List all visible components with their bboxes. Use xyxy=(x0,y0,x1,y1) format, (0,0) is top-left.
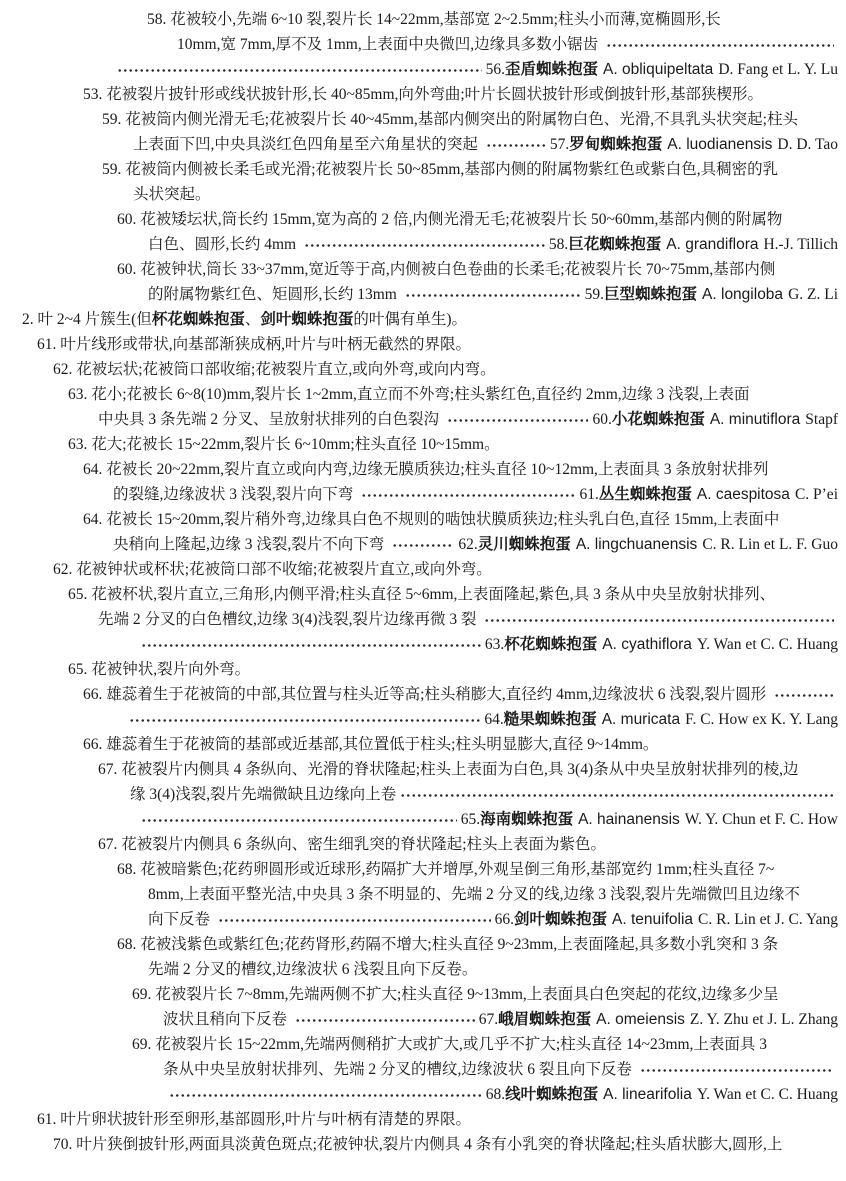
key-line: 65. 花被杯状,裂片直立,三角形,内侧平滑;柱头直径 5~6mm,上表面隆起,… xyxy=(0,582,838,607)
key-line: 66. 雄蕊着生于花被筒的中部,其位置与柱头近等高;柱头稍膨大,直径约 4mm,… xyxy=(0,682,838,707)
key-line: 的附属物紫红色、矩圆形,长约 13mm 59.巨型蜘蛛抱蛋A. longilob… xyxy=(0,282,838,307)
key-line: 波状且稍向下反卷 67.峨眉蜘蛛抱蛋A. omeiensisZ. Y. Zhu … xyxy=(0,1007,838,1032)
dotted-leader xyxy=(405,282,581,307)
species-name-cn: 小花蜘蛛抱蛋 xyxy=(612,411,705,428)
species-entry: 68.线叶蜘蛛抱蛋A. linearifoliaY. Wan et C. C. … xyxy=(486,1082,838,1107)
key-text: 61. 叶片卵状披针形至卵形,基部圆形,叶片与叶柄有清楚的界限。 xyxy=(37,1107,471,1132)
species-name-latin: A. longiloba xyxy=(702,286,783,303)
species-name-cn: 剑叶蜘蛛抱蛋 xyxy=(514,911,607,928)
key-text: 波状且稍向下反卷 xyxy=(163,1007,291,1032)
key-line: 69. 花被裂片长 15~22mm,先端两侧稍扩大或扩大,或几乎不扩大;柱头直径… xyxy=(0,1032,838,1057)
key-line: 56.歪盾蜘蛛抱蛋A. obliquipeltataD. Fang et L. … xyxy=(0,57,838,82)
key-line: 先端 2 分叉的白色槽纹,边缘 3(4)浅裂,裂片边缘再微 3 裂 xyxy=(0,607,838,632)
species-name-cn: 峨眉蜘蛛抱蛋 xyxy=(498,1011,591,1028)
species-name-cn: 歪盾蜘蛛抱蛋 xyxy=(505,61,598,78)
key-text: 68. 花被暗紫色;花药卵圆形或近球形,药隔扩大并增厚,外观呈倒三角形,基部宽约… xyxy=(117,857,774,882)
species-name-latin: A. luodianensis xyxy=(667,136,772,153)
key-text: 53. 花被裂片披针形或线状披针形,长 40~85mm,向外弯曲;叶片长圆状披针… xyxy=(83,82,763,107)
key-line: 68. 花被暗紫色;花药卵圆形或近球形,药隔扩大并增厚,外观呈倒三角形,基部宽约… xyxy=(0,857,838,882)
key-line: 64. 花被长 15~20mm,裂片稍外弯,边缘具白色不规则的啮蚀状膜质狭边;柱… xyxy=(0,507,838,532)
dotted-leader xyxy=(392,532,454,557)
species-number: 63. xyxy=(485,636,504,653)
key-line: 70. 叶片狭倒披针形,两面具淡黄色斑点;花被钟状,裂片内侧具 4 条有小乳突的… xyxy=(0,1132,838,1157)
dotted-leader xyxy=(486,132,546,157)
dotted-leader xyxy=(218,907,491,932)
species-entry: 59.巨型蜘蛛抱蛋A. longilobaG. Z. Li xyxy=(585,282,838,307)
key-text: 、 xyxy=(245,307,261,332)
species-number: 65. xyxy=(461,811,480,828)
species-entry: 63.杯花蜘蛛抱蛋A. cyathifloraY. Wan et C. C. H… xyxy=(485,632,838,657)
key-text: 58. 花被较小,先端 6~10 裂,裂片长 14~22mm,基部宽 2~2.5… xyxy=(147,7,721,32)
key-text: 65. 花被杯状,裂片直立,三角形,内侧平滑;柱头直径 5~6mm,上表面隆起,… xyxy=(68,582,775,607)
key-line: 条从中央呈放射状排列、先端 2 分叉的槽纹,边缘波状 6 裂且向下反卷 xyxy=(0,1057,838,1082)
dotted-leader xyxy=(361,482,575,507)
key-text: 63. 花小;花被长 6~8(10)mm,裂片长 1~2mm,直立而不外弯;柱头… xyxy=(68,382,750,407)
key-text: 央稍向上隆起,边缘 3 浅裂,裂片不向下弯 xyxy=(113,532,388,557)
key-text: 缘 3(4)浅裂,裂片先端微缺且边缘向上卷 xyxy=(130,782,396,807)
species-entry: 58.巨花蜘蛛抱蛋A. grandifloraH.-J. Tillich xyxy=(549,232,838,257)
key-text: 白色、圆形,长约 4mm xyxy=(148,232,300,257)
species-name-cn: 巨型蜘蛛抱蛋 xyxy=(604,286,697,303)
key-text: 先端 2 分叉的槽纹,边缘波状 6 浅裂且向下反卷。 xyxy=(148,957,477,982)
species-name-inline-bold: 剑叶蜘蛛抱蛋 xyxy=(260,307,353,332)
species-authors: Y. Wan et C. C. Huang xyxy=(697,636,838,653)
species-name-cn: 巨花蜘蛛抱蛋 xyxy=(568,236,661,253)
species-entry: 64.糙果蜘蛛抱蛋A. muricataF. C. How ex K. Y. L… xyxy=(484,707,838,732)
species-name-latin: A. tenuifolia xyxy=(612,911,693,928)
key-line: 头状突起。 xyxy=(0,182,838,207)
key-text: 66. 雄蕊着生于花被筒的中部,其位置与柱头近等高;柱头稍膨大,直径约 4mm,… xyxy=(83,682,770,707)
species-authors: C. P’ei xyxy=(795,486,838,503)
key-line: 61. 叶片线形或带状,向基部渐狭成柄,叶片与叶柄无截然的界限。 xyxy=(0,332,838,357)
key-text: 先端 2 分叉的白色槽纹,边缘 3(4)浅裂,裂片边缘再微 3 裂 xyxy=(98,607,480,632)
species-name-cn: 丛生蜘蛛抱蛋 xyxy=(599,486,692,503)
key-text: 59. 花被筒内侧光滑无毛;花被裂片长 40~45mm,基部内侧突出的附属物白色… xyxy=(102,107,798,132)
key-line: 中央具 3 条先端 2 分叉、呈放射状排列的白色裂沟 60.小花蜘蛛抱蛋A. m… xyxy=(0,407,838,432)
key-text: 68. 花被浅紫色或紫红色;花药肾形,药隔不增大;柱头直径 9~23mm,上表面… xyxy=(117,932,778,957)
species-number: 56. xyxy=(486,61,505,78)
dotted-leader xyxy=(169,1082,482,1107)
dotted-leader xyxy=(295,1007,475,1032)
key-line: 先端 2 分叉的槽纹,边缘波状 6 浅裂且向下反卷。 xyxy=(0,957,838,982)
species-name-latin: A. grandiflora xyxy=(666,236,758,253)
species-entry: 67.峨眉蜘蛛抱蛋A. omeiensisZ. Y. Zhu et J. L. … xyxy=(479,1007,838,1032)
species-entry: 61.丛生蜘蛛抱蛋A. caespitosaC. P’ei xyxy=(579,482,838,507)
key-line: 68.线叶蜘蛛抱蛋A. linearifoliaY. Wan et C. C. … xyxy=(0,1082,838,1107)
key-line: 65. 花被钟状,裂片向外弯。 xyxy=(0,657,838,682)
dotted-leader xyxy=(129,707,480,732)
key-line: 61. 叶片卵状披针形至卵形,基部圆形,叶片与叶柄有清楚的界限。 xyxy=(0,1107,838,1132)
key-text: 62. 花被钟状或杯状;花被筒口部不收缩;花被裂片直立,或向外弯。 xyxy=(53,557,492,582)
species-name-latin: A. minutiflora xyxy=(710,411,800,428)
key-line: 64.糙果蜘蛛抱蛋A. muricataF. C. How ex K. Y. L… xyxy=(0,707,838,732)
key-line: 69. 花被裂片长 7~8mm,先端两侧不扩大;柱头直径 9~13mm,上表面具… xyxy=(0,982,838,1007)
dotted-leader xyxy=(141,632,481,657)
key-text: 63. 花大;花被长 15~22mm,裂片长 6~10mm;柱头直径 10~15… xyxy=(68,432,500,457)
key-line: 67. 花被裂片内侧具 6 条纵向、密生细乳突的脊状隆起;柱头上表面为紫色。 xyxy=(0,832,838,857)
species-name-cn: 杯花蜘蛛抱蛋 xyxy=(504,636,597,653)
species-authors: C. R. Lin et L. F. Guo xyxy=(702,536,838,553)
species-name-cn: 糙果蜘蛛抱蛋 xyxy=(504,711,597,728)
species-authors: D. Fang et L. Y. Lu xyxy=(718,61,838,78)
key-text: 59. 花被筒内侧被长柔毛或光滑;花被裂片长 50~85mm,基部内侧的附属物紫… xyxy=(102,157,778,182)
species-number: 58. xyxy=(549,236,568,253)
species-number: 61. xyxy=(579,486,598,503)
dotted-leader xyxy=(304,232,545,257)
key-text: 上表面下凹,中央具淡红色四角星至六角星状的突起 xyxy=(133,132,482,157)
key-line: 向下反卷 66.剑叶蜘蛛抱蛋A. tenuifoliaC. R. Lin et … xyxy=(0,907,838,932)
species-name-cn: 罗甸蜘蛛抱蛋 xyxy=(569,136,662,153)
key-line: 65.海南蜘蛛抱蛋A. hainanensisW. Y. Chun et F. … xyxy=(0,807,838,832)
species-name-latin: A. lingchuanensis xyxy=(576,536,698,553)
key-text: 67. 花被裂片内侧具 4 条纵向、光滑的脊状隆起;柱头上表面为白色,具 3(4… xyxy=(98,757,799,782)
species-name-cn: 海南蜘蛛抱蛋 xyxy=(480,811,573,828)
key-text: 2. 叶 2~4 片簇生(但 xyxy=(22,307,152,332)
key-text: 69. 花被裂片长 15~22mm,先端两侧稍扩大或扩大,或几乎不扩大;柱头直径… xyxy=(132,1032,767,1057)
species-name-latin: A. omeiensis xyxy=(596,1011,685,1028)
key-line: 央稍向上隆起,边缘 3 浅裂,裂片不向下弯 62.灵川蜘蛛抱蛋A. lingch… xyxy=(0,532,838,557)
key-text: 的附属物紫红色、矩圆形,长约 13mm xyxy=(148,282,401,307)
key-line: 63.杯花蜘蛛抱蛋A. cyathifloraY. Wan et C. C. H… xyxy=(0,632,838,657)
species-authors: H.-J. Tillich xyxy=(763,236,838,253)
species-name-latin: A. hainanensis xyxy=(578,811,680,828)
species-name-latin: A. linearifolia xyxy=(603,1086,692,1103)
key-text: 中央具 3 条先端 2 分叉、呈放射状排列的白色裂沟 xyxy=(98,407,443,432)
species-authors: G. Z. Li xyxy=(788,286,838,303)
key-text: 64. 花被长 20~22mm,裂片直立或向内弯,边缘无膜质狭边;柱头直径 10… xyxy=(83,457,768,482)
dotted-leader xyxy=(141,807,457,832)
species-number: 68. xyxy=(486,1086,505,1103)
species-entry: 56.歪盾蜘蛛抱蛋A. obliquipeltataD. Fang et L. … xyxy=(486,57,838,82)
species-number: 66. xyxy=(495,911,514,928)
key-text: 69. 花被裂片长 7~8mm,先端两侧不扩大;柱头直径 9~13mm,上表面具… xyxy=(132,982,779,1007)
key-line: 60. 花被钟状,筒长 33~37mm,宽近等于高,内侧被白色卷曲的长柔毛;花被… xyxy=(0,257,838,282)
species-number: 60. xyxy=(592,411,611,428)
species-number: 57. xyxy=(550,136,569,153)
key-text: 60. 花被矮坛状,筒长约 15mm,宽为高的 2 倍,内侧光滑无毛;花被裂片长… xyxy=(117,207,782,232)
key-line: 62. 花被钟状或杯状;花被筒口部不收缩;花被裂片直立,或向外弯。 xyxy=(0,557,838,582)
key-line: 上表面下凹,中央具淡红色四角星至六角星状的突起 57.罗甸蜘蛛抱蛋A. luod… xyxy=(0,132,838,157)
key-text: 64. 花被长 15~20mm,裂片稍外弯,边缘具白色不规则的啮蚀状膜质狭边;柱… xyxy=(83,507,779,532)
dotted-leader xyxy=(117,57,482,82)
key-line: 66. 雄蕊着生于花被筒的基部或近基部,其位置低于柱头;柱头明显膨大,直径 9~… xyxy=(0,732,838,757)
flora-key-page: 58. 花被较小,先端 6~10 裂,裂片长 14~22mm,基部宽 2~2.5… xyxy=(0,0,846,1181)
species-name-inline-bold: 杯花蜘蛛抱蛋 xyxy=(152,307,245,332)
species-authors: Z. Y. Zhu et J. L. Zhang xyxy=(690,1011,838,1028)
key-line: 59. 花被筒内侧光滑无毛;花被裂片长 40~45mm,基部内侧突出的附属物白色… xyxy=(0,107,838,132)
key-text: 61. 叶片线形或带状,向基部渐狭成柄,叶片与叶柄无截然的界限。 xyxy=(37,332,471,357)
key-text: 8mm,上表面平整光洁,中央具 3 条不明显的、先端 2 分叉的线,边缘 3 浅… xyxy=(148,882,800,907)
species-name-cn: 线叶蜘蛛抱蛋 xyxy=(505,1086,598,1103)
key-text: 向下反卷 xyxy=(148,907,214,932)
species-number: 62. xyxy=(458,536,477,553)
species-name-latin: A. cyathiflora xyxy=(602,636,692,653)
species-name-latin: A. caespitosa xyxy=(697,486,790,503)
species-authors: W. Y. Chun et F. C. How xyxy=(685,811,838,828)
species-number: 67. xyxy=(479,1011,498,1028)
key-text: 65. 花被钟状,裂片向外弯。 xyxy=(68,657,250,682)
dotted-leader xyxy=(400,782,834,807)
key-line: 8mm,上表面平整光洁,中央具 3 条不明显的、先端 2 分叉的线,边缘 3 浅… xyxy=(0,882,838,907)
key-line: 63. 花小;花被长 6~8(10)mm,裂片长 1~2mm,直立而不外弯;柱头… xyxy=(0,382,838,407)
key-line: 60. 花被矮坛状,筒长约 15mm,宽为高的 2 倍,内侧光滑无毛;花被裂片长… xyxy=(0,207,838,232)
key-text: 条从中央呈放射状排列、先端 2 分叉的槽纹,边缘波状 6 裂且向下反卷 xyxy=(163,1057,636,1082)
key-line: 2. 叶 2~4 片簇生(但杯花蜘蛛抱蛋、剑叶蜘蛛抱蛋的叶偶有单生)。 xyxy=(0,307,838,332)
key-text: 头状突起。 xyxy=(133,182,211,207)
key-text: 10mm,宽 7mm,厚不及 1mm,上表面中央微凹,边缘具多数小锯齿 xyxy=(177,32,602,57)
dotted-leader xyxy=(774,682,834,707)
key-line: 68. 花被浅紫色或紫红色;花药肾形,药隔不增大;柱头直径 9~23mm,上表面… xyxy=(0,932,838,957)
key-line: 10mm,宽 7mm,厚不及 1mm,上表面中央微凹,边缘具多数小锯齿 xyxy=(0,32,838,57)
key-line: 64. 花被长 20~22mm,裂片直立或向内弯,边缘无膜质狭边;柱头直径 10… xyxy=(0,457,838,482)
key-line: 59. 花被筒内侧被长柔毛或光滑;花被裂片长 50~85mm,基部内侧的附属物紫… xyxy=(0,157,838,182)
species-authors: C. R. Lin et J. C. Yang xyxy=(698,911,838,928)
species-number: 64. xyxy=(484,711,503,728)
key-line: 的裂缝,边缘波状 3 浅裂,裂片向下弯 61.丛生蜘蛛抱蛋A. caespito… xyxy=(0,482,838,507)
species-name-cn: 灵川蜘蛛抱蛋 xyxy=(478,536,571,553)
dotted-leader xyxy=(640,1057,834,1082)
key-text: 67. 花被裂片内侧具 6 条纵向、密生细乳突的脊状隆起;柱头上表面为紫色。 xyxy=(98,832,606,857)
species-entry: 66.剑叶蜘蛛抱蛋A. tenuifoliaC. R. Lin et J. C.… xyxy=(495,907,838,932)
key-line: 67. 花被裂片内侧具 4 条纵向、光滑的脊状隆起;柱头上表面为白色,具 3(4… xyxy=(0,757,838,782)
species-entry: 62.灵川蜘蛛抱蛋A. lingchuanensisC. R. Lin et L… xyxy=(458,532,838,557)
key-line: 缘 3(4)浅裂,裂片先端微缺且边缘向上卷 xyxy=(0,782,838,807)
species-entry: 60.小花蜘蛛抱蛋A. minutifloraStapf xyxy=(592,407,838,432)
key-text: 70. 叶片狭倒披针形,两面具淡黄色斑点;花被钟状,裂片内侧具 4 条有小乳突的… xyxy=(53,1132,782,1157)
dotted-leader xyxy=(484,607,834,632)
key-text: 66. 雄蕊着生于花被筒的基部或近基部,其位置低于柱头;柱头明显膨大,直径 9~… xyxy=(83,732,658,757)
key-line: 63. 花大;花被长 15~22mm,裂片长 6~10mm;柱头直径 10~15… xyxy=(0,432,838,457)
species-name-latin: A. muricata xyxy=(602,711,680,728)
dotted-leader xyxy=(606,32,834,57)
species-number: 59. xyxy=(585,286,604,303)
species-name-latin: A. obliquipeltata xyxy=(603,61,713,78)
species-entry: 57.罗甸蜘蛛抱蛋A. luodianensisD. D. Tao xyxy=(550,132,838,157)
species-entry: 65.海南蜘蛛抱蛋A. hainanensisW. Y. Chun et F. … xyxy=(461,807,838,832)
key-text: 的裂缝,边缘波状 3 浅裂,裂片向下弯 xyxy=(113,482,357,507)
key-line: 58. 花被较小,先端 6~10 裂,裂片长 14~22mm,基部宽 2~2.5… xyxy=(0,7,838,32)
key-text: 62. 花被坛状;花被筒口部收缩;花被裂片直立,或向外弯,或向内弯。 xyxy=(53,357,496,382)
species-authors: Y. Wan et C. C. Huang xyxy=(697,1086,838,1103)
species-authors: F. C. How ex K. Y. Lang xyxy=(685,711,838,728)
species-authors: Stapf xyxy=(805,411,838,428)
key-line: 62. 花被坛状;花被筒口部收缩;花被裂片直立,或向外弯,或向内弯。 xyxy=(0,357,838,382)
key-line: 53. 花被裂片披针形或线状披针形,长 40~85mm,向外弯曲;叶片长圆状披针… xyxy=(0,82,838,107)
key-text: 60. 花被钟状,筒长 33~37mm,宽近等于高,内侧被白色卷曲的长柔毛;花被… xyxy=(117,257,775,282)
key-text: 的叶偶有单生)。 xyxy=(353,307,467,332)
dotted-leader xyxy=(447,407,589,432)
key-line: 白色、圆形,长约 4mm 58.巨花蜘蛛抱蛋A. grandifloraH.-J… xyxy=(0,232,838,257)
species-authors: D. D. Tao xyxy=(777,136,838,153)
